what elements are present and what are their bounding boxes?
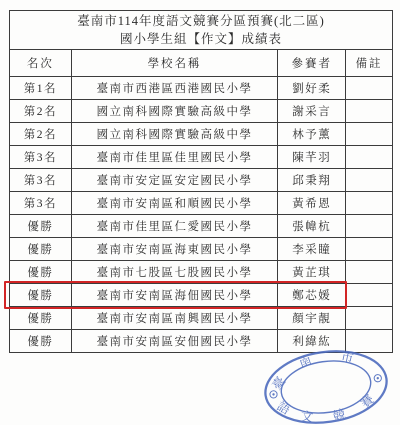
rank-cell: 優勝 bbox=[10, 330, 71, 352]
school-cell: 臺南市安南區安佃國民小學 bbox=[71, 330, 277, 352]
rank-cell: 優勝 bbox=[10, 307, 71, 329]
header-school: 學校名稱 bbox=[71, 50, 277, 76]
note-cell bbox=[345, 169, 392, 191]
stamp-char: 賽 bbox=[358, 392, 377, 411]
school-cell: 臺南市佳里區仁愛國民小學 bbox=[71, 215, 277, 237]
participant-cell: 邱秉翔 bbox=[277, 169, 345, 191]
school-cell: 臺南市西港區西港國民小學 bbox=[71, 77, 277, 99]
note-cell bbox=[345, 261, 392, 283]
header-participant: 參賽者 bbox=[277, 50, 345, 76]
school-cell: 臺南市佳里區佳里國民小學 bbox=[71, 146, 277, 168]
school-cell: 臺南市七股區七股國民小學 bbox=[71, 261, 277, 283]
school-cell: 臺南市安南區海佃國民小學 bbox=[71, 284, 277, 306]
rank-cell: 第3名 bbox=[10, 192, 71, 214]
note-cell bbox=[345, 123, 392, 145]
participant-cell: 黃希恩 bbox=[277, 192, 345, 214]
participant-cell: 顏宇靚 bbox=[277, 307, 345, 329]
header-rank: 名次 bbox=[10, 50, 71, 76]
header-note: 備註 bbox=[345, 50, 392, 76]
stamp-char: 文 bbox=[300, 409, 315, 424]
table-row: 第1名 臺南市西港區西港國民小學 劉好柔 bbox=[10, 76, 392, 99]
stamp-flower-right-icon bbox=[374, 374, 382, 382]
table-row: 第3名 臺南市佳里區佳里國民小學 陳芊羽 bbox=[10, 145, 392, 168]
note-cell bbox=[345, 146, 392, 168]
participant-cell: 劉好柔 bbox=[277, 77, 345, 99]
rank-cell: 第3名 bbox=[10, 169, 71, 191]
note-cell bbox=[345, 215, 392, 237]
note-cell bbox=[345, 284, 392, 306]
note-cell bbox=[345, 100, 392, 122]
rank-cell: 第2名 bbox=[10, 100, 71, 122]
table-row: 優勝 臺南市安南區海佃國民小學 鄭芯媛 bbox=[10, 283, 392, 306]
rank-cell: 第2名 bbox=[10, 123, 71, 145]
stamp-char: 語 bbox=[275, 399, 293, 418]
school-cell: 臺南市安定區安定國民小學 bbox=[71, 169, 277, 191]
stamp-oval-icon: 臺 南 市 語 文 競 賽 bbox=[255, 345, 397, 425]
document-title-line1: 臺南市114年度語文競賽分區預賽(北二區) bbox=[77, 12, 325, 30]
note-cell bbox=[345, 307, 392, 329]
table-row: 第3名 臺南市安定區安定國民小學 邱秉翔 bbox=[10, 168, 392, 191]
rank-cell: 第3名 bbox=[10, 146, 71, 168]
table-row: 第3名 臺南市安南區和順國民小學 黃希恩 bbox=[10, 191, 392, 214]
school-cell: 國立南科國際實驗高級中學 bbox=[71, 100, 277, 122]
table-row: 優勝 臺南市安南區南興國民小學 顏宇靚 bbox=[10, 306, 392, 329]
table-header-row: 名次 學校名稱 參賽者 備註 bbox=[10, 49, 392, 76]
document-title: 臺南市114年度語文競賽分區預賽(北二區) 國小學生組【作文】成績表 bbox=[10, 11, 392, 49]
results-rows: 第1名 臺南市西港區西港國民小學 劉好柔 第2名 國立南科國際實驗高級中學 謝采… bbox=[10, 76, 392, 352]
table-row: 優勝 臺南市七股區七股國民小學 黃芷琪 bbox=[10, 260, 392, 283]
table-row: 優勝 臺南市安南區海東國民小學 李采瞳 bbox=[10, 237, 392, 260]
stamp-flower-left-icon bbox=[269, 390, 277, 398]
document-title-line2: 國小學生組【作文】成績表 bbox=[120, 30, 282, 48]
participant-cell: 林予薰 bbox=[277, 123, 345, 145]
school-cell: 國立南科國際實驗高級中學 bbox=[71, 123, 277, 145]
participant-cell: 李采瞳 bbox=[277, 238, 345, 260]
results-table: 臺南市114年度語文競賽分區預賽(北二區) 國小學生組【作文】成績表 名次 學校… bbox=[9, 10, 393, 353]
school-cell: 臺南市安南區和順國民小學 bbox=[71, 192, 277, 214]
rank-cell: 優勝 bbox=[10, 261, 71, 283]
rank-cell: 優勝 bbox=[10, 215, 71, 237]
table-row: 第2名 國立南科國際實驗高級中學 謝采言 bbox=[10, 99, 392, 122]
rank-cell: 第1名 bbox=[10, 77, 71, 99]
note-cell bbox=[345, 77, 392, 99]
participant-cell: 謝采言 bbox=[277, 100, 345, 122]
rank-cell: 優勝 bbox=[10, 238, 71, 260]
note-cell bbox=[345, 238, 392, 260]
participant-cell: 鄭芯媛 bbox=[277, 284, 345, 306]
participant-cell: 黃芷琪 bbox=[277, 261, 345, 283]
school-cell: 臺南市安南區海東國民小學 bbox=[71, 238, 277, 260]
note-cell bbox=[345, 192, 392, 214]
participant-cell: 張幃杭 bbox=[277, 215, 345, 237]
official-stamp: 臺 南 市 語 文 競 賽 bbox=[255, 345, 397, 425]
table-row: 優勝 臺南市佳里區仁愛國民小學 張幃杭 bbox=[10, 214, 392, 237]
school-cell: 臺南市安南區南興國民小學 bbox=[71, 307, 277, 329]
table-row: 第2名 國立南科國際實驗高級中學 林予薰 bbox=[10, 122, 392, 145]
rank-cell: 優勝 bbox=[10, 284, 71, 306]
participant-cell: 陳芊羽 bbox=[277, 146, 345, 168]
